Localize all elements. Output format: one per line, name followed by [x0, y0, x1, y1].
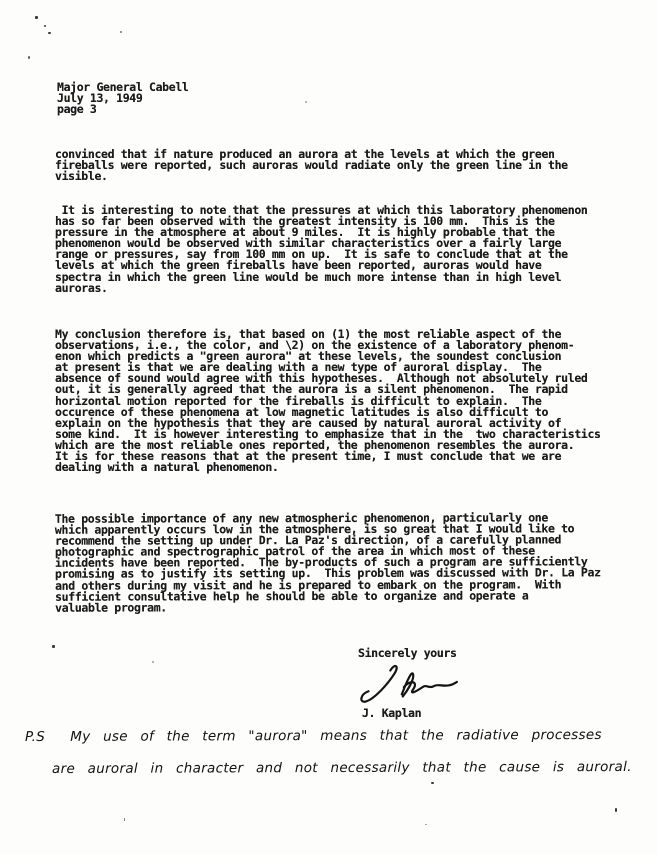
paragraph-2: It is interesting to note that the press…: [55, 205, 587, 294]
scan-speck: [28, 56, 30, 59]
signature-typed-name: J. Kaplan: [362, 708, 421, 719]
scan-speck: [120, 31, 122, 33]
scan-speck: [615, 808, 617, 812]
scan-speck: [425, 824, 427, 825]
scanned-letter-page: Major General Cabell July 13, 1949 page …: [0, 0, 658, 854]
scan-speck: [52, 645, 55, 648]
scan-speck: [48, 32, 51, 34]
paragraph-3: My conclusion therefore is, that based o…: [55, 329, 601, 473]
paragraph-1: convinced that if nature produced an aur…: [55, 149, 568, 182]
scan-speck: [431, 782, 434, 784]
scan-speck: [44, 25, 46, 27]
postscript-line-1: P.S My use of the term "aurora" means th…: [25, 727, 602, 745]
letter-header: Major General Cabell July 13, 1949 page …: [57, 82, 188, 115]
scan-speck: [305, 101, 307, 103]
paragraph-4: The possible importance of any new atmos…: [55, 512, 601, 613]
handwritten-signature-icon: [356, 662, 460, 706]
postscript-line-2: are auroral in character and not necessa…: [52, 759, 632, 777]
scan-speck: [152, 661, 154, 663]
scan-speck: [124, 818, 125, 821]
closing-salutation: Sincerely yours: [358, 648, 457, 659]
scan-speck: [35, 16, 38, 19]
